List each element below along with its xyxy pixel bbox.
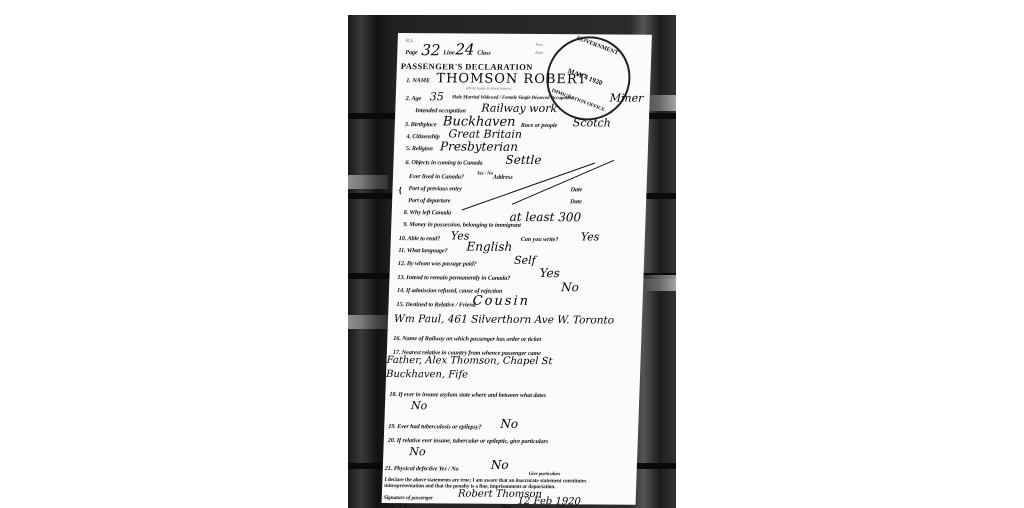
field-number: 6. — [405, 159, 410, 166]
field-label-relative-insane: If relative ever insane, tubercular or e… — [397, 437, 549, 445]
field-label-race: Race or people — [521, 122, 558, 129]
field-number: 4. — [406, 133, 411, 140]
field-label-departure-date: Date — [570, 198, 582, 205]
field-number: 14. — [397, 287, 405, 294]
field-label-birthplace: Birthplace — [411, 121, 437, 128]
field-label-write: Can you write? — [521, 236, 559, 243]
field-value-asylum: No — [411, 399, 428, 412]
field-value-religion: Presbyterian — [440, 139, 518, 154]
stamp-text-top: GOVERNMENT — [576, 36, 619, 57]
field-number: 1. — [406, 77, 411, 84]
field-value-destination-address: Wm Paul, 461 Silverthorn Ave W. Toronto — [394, 313, 614, 327]
frame-glare — [348, 315, 388, 329]
field-label-physical-defective: Physical defective Yes / No — [394, 465, 459, 472]
passenger-declaration-card: B.S. Page 32 Line 24 Class Port Date PAS… — [382, 33, 652, 505]
field-label-language: What language? — [407, 247, 448, 254]
field-value-tuberculosis: No — [500, 417, 518, 431]
field-label-age: Age — [411, 95, 421, 102]
frame-glare — [348, 175, 388, 189]
line-label: Line — [443, 49, 455, 56]
field-value-write: Yes — [581, 230, 600, 243]
field-value-destined: Cousin — [472, 294, 530, 309]
field-value-nearest-relative: Father, Alex Thomson, Chapel St — [386, 355, 552, 367]
field-number: 16. — [393, 335, 401, 342]
field-value-name: THOMSON ROBERT — [436, 71, 587, 87]
field-number: 12. — [398, 260, 406, 267]
field-number: 9. — [403, 221, 408, 228]
field-label-port-departure: Port of departure — [408, 197, 451, 204]
field-label-read: Able to read? — [407, 235, 440, 242]
field-value-relative-address: Buckhaven, Fife — [386, 369, 468, 381]
field-label-why-left: Why left Canada — [409, 209, 451, 216]
field-number: 2. — [406, 95, 411, 102]
field-value-physical-defective: No — [491, 458, 509, 472]
field-label-intended-occupation: Intended occupation — [415, 107, 466, 114]
field-label-destined: Destined to Relative / Friend — [405, 301, 476, 308]
page-value: 32 — [421, 41, 441, 59]
field-number: 20. — [388, 437, 396, 444]
field-value-remain: Yes — [539, 266, 560, 280]
field-number: 15. — [396, 301, 404, 308]
field-label-money: Money in possession, belonging to immigr… — [409, 221, 521, 229]
field-value-rejection: No — [561, 280, 579, 294]
field-value-language: English — [466, 240, 512, 254]
field-number: 3. — [405, 121, 410, 128]
field-label-sex-status: Male Married Widowed / Female Single Div… — [452, 95, 574, 101]
field-label-passage-paid: By whom was passage paid? — [407, 260, 477, 267]
field-label-citizenship: Citizenship — [412, 133, 440, 140]
field-label-address: Address — [493, 174, 513, 181]
field-number: 13. — [397, 274, 405, 281]
frame-glare — [642, 275, 676, 291]
field-number: 8. — [404, 209, 409, 216]
field-label-asylum: If ever in insane asylum state where and… — [398, 391, 546, 399]
field-value-objects: Settle — [505, 153, 541, 167]
class-label: Class — [477, 50, 491, 57]
port-label: Port — [536, 42, 543, 47]
document-title: PASSENGER'S DECLARATION — [401, 61, 533, 72]
field-number: 18. — [389, 391, 397, 398]
page-label: Page — [405, 49, 418, 56]
field-label-tuberculosis: Ever had tuberculosis or epilepsy? — [397, 423, 481, 431]
field-number: 5. — [406, 145, 411, 152]
field-label-entry-date: Date — [570, 186, 582, 193]
field-number: 11. — [398, 247, 405, 254]
field-note-name: (Print name in block letters) — [466, 85, 511, 90]
field-label-ever-lived: Ever lived in Canada? — [409, 173, 464, 180]
field-label-remain: Intend to remain permanently in Canada? — [406, 274, 510, 282]
field-value-relative-insane: No — [409, 445, 426, 458]
field-label-port-entry: Port of previous entry — [408, 185, 462, 192]
field-label-railway: Name of Railway on which passenger has o… — [402, 335, 541, 343]
field-value-race: Scotch — [573, 116, 611, 129]
field-value-age: 35 — [430, 90, 444, 103]
field-value-occupation: Miner — [610, 91, 644, 104]
field-label-objects: Objects in coming to Canada — [411, 159, 482, 166]
line-value: 24 — [455, 40, 475, 58]
date-value: 12 Feb 1920 — [517, 496, 581, 507]
field-number: 19. — [388, 423, 396, 430]
date-label: Date — [501, 504, 511, 508]
header-date-label: Date — [535, 50, 543, 55]
field-value-intended-occupation: Railway work — [481, 102, 557, 116]
field-value-money: at least 300 — [509, 210, 581, 224]
field-value-ever-lived: Yes / No — [477, 172, 493, 177]
field-label-particulars: Give particulars — [529, 472, 561, 477]
form-label: Form 30 A. — [383, 503, 408, 508]
field-label-religion: Religion — [412, 145, 433, 152]
signature-label: Signature of passenger — [384, 495, 433, 501]
field-number: 10. — [399, 235, 407, 242]
field-value-passage-paid: Self — [514, 254, 536, 267]
field-label-name: NAME — [412, 77, 430, 84]
field-number: 21. — [385, 465, 393, 472]
